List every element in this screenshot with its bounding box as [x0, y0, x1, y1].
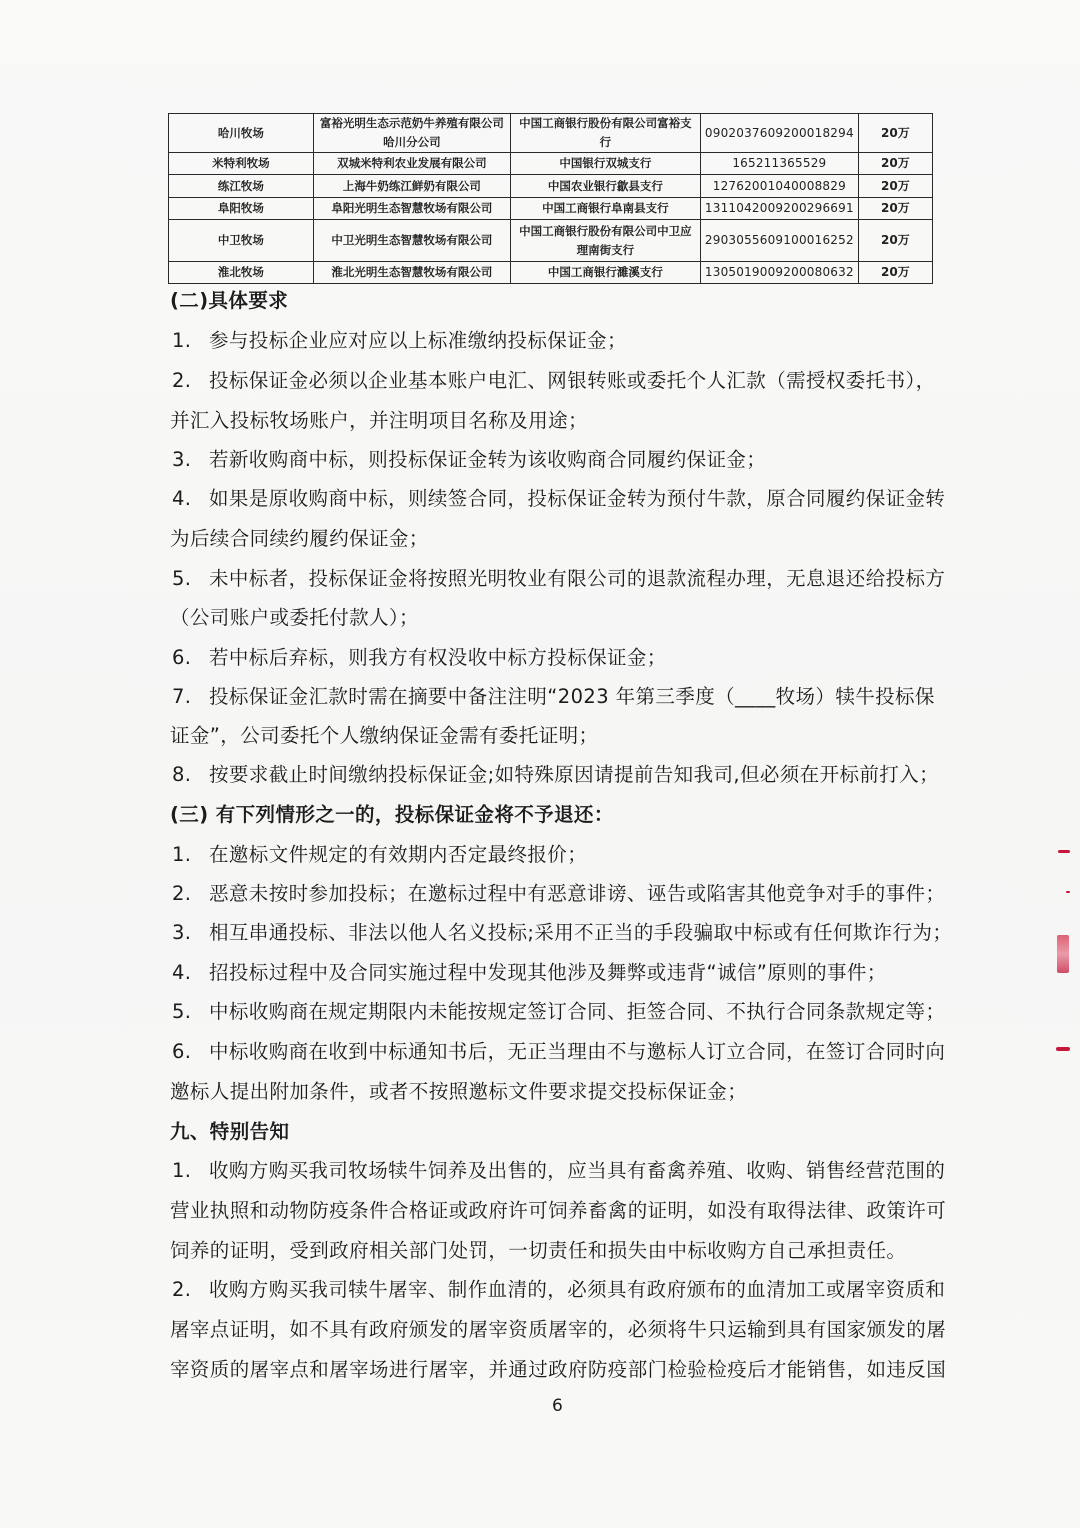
farm-cell: 哈川牧场 — [169, 114, 314, 153]
account-cell: 12762001040008829 — [700, 175, 858, 198]
list-item: 7.投标保证金汇款时需在摘要中备注注明“2023 年第三季度（____牧场）犊牛… — [172, 684, 935, 710]
account-cell: 0902037609200018294 — [700, 114, 858, 153]
bank-cell: 中国工商银行股份有限公司富裕支行 — [510, 114, 700, 153]
bank-cell: 中国农业银行歙县支行 — [510, 175, 700, 198]
list-item-continuation: 邀标人提出附加条件，或者不按照邀标文件要求提交投标保证金； — [170, 1079, 747, 1105]
company-cell: 富裕光明生态示范奶牛养殖有限公司哈川分公司 — [313, 114, 510, 153]
table-row: 哈川牧场 富裕光明生态示范奶牛养殖有限公司哈川分公司 中国工商银行股份有限公司富… — [169, 114, 933, 153]
list-item: 1.收购方购买我司牧场犊牛饲养及出售的，应当具有畜禽养殖、收购、销售经营范围的 — [172, 1158, 945, 1184]
list-item-continuation: 宰资质的屠宰点和屠宰场进行屠宰，并通过政府防疫部门检验检疫后才能销售，如违反国 — [170, 1357, 946, 1383]
list-item: 1.参与投标企业应对应以上标准缴纳投标保证金； — [172, 328, 627, 354]
list-item: 2.收购方购买我司犊牛屠宰、制作血清的，必须具有政府颁布的血清加工或屠宰资质和 — [172, 1277, 945, 1303]
company-cell: 双城米特利农业发展有限公司 — [313, 153, 510, 175]
bank-cell: 中国工商银行股份有限公司中卫应理南街支行 — [510, 220, 700, 262]
deposit-account-table: 哈川牧场 富裕光明生态示范奶牛养殖有限公司哈川分公司 中国工商银行股份有限公司富… — [168, 113, 933, 284]
farm-cell: 练江牧场 — [169, 175, 314, 198]
list-item: 3.若新收购商中标，则投标保证金转为该收购商合同履约保证金； — [172, 447, 766, 473]
seal-mark — [1056, 1047, 1070, 1051]
table-row: 米特利牧场 双城米特利农业发展有限公司 中国银行双城支行 16521136552… — [169, 153, 933, 175]
table-row: 阜阳牧场 阜阳光明生态智慧牧场有限公司 中国工商银行阜南县支行 13110420… — [169, 198, 933, 220]
section-heading: (三) 有下列情形之一的，投标保证金将不予退还： — [170, 802, 614, 828]
list-item-continuation: 饲养的证明，受到政府相关部门处罚，一切责任和损失由中标收购方自己承担责任。 — [170, 1238, 906, 1264]
farm-cell: 中卫牧场 — [169, 220, 314, 262]
amount-cell: 20万 — [858, 114, 932, 153]
section-heading: 九、特别告知 — [170, 1119, 289, 1145]
bank-cell: 中国工商银行濉溪支行 — [510, 262, 700, 284]
bank-cell: 中国工商银行阜南县支行 — [510, 198, 700, 220]
bank-cell: 中国银行双城支行 — [510, 153, 700, 175]
list-item: 2.投标保证金必须以企业基本账户电汇、网银转账或委托个人汇款（需授权委托书）， — [172, 368, 936, 394]
amount-cell: 20万 — [858, 220, 932, 262]
account-cell: 2903055609100016252 — [700, 220, 858, 262]
list-item-continuation: 为后续合同续约履约保证金； — [170, 526, 429, 552]
list-item: 8.按要求截止时间缴纳投标保证金;如特殊原因请提前告知我司,但必须在开标前打入； — [172, 762, 939, 788]
account-cell: 1311042009200296691 — [700, 198, 858, 220]
list-item-continuation: 并汇入投标牧场账户，并注明项目名称及用途； — [170, 408, 588, 434]
table-row: 淮北牧场 淮北光明生态智慧牧场有限公司 中国工商银行濉溪支行 130501900… — [169, 262, 933, 284]
list-item: 5.未中标者，投标保证金将按照光明牧业有限公司的退款流程办理，无息退还给投标方 — [172, 566, 945, 592]
list-item: 1.在邀标文件规定的有效期内否定最终报价； — [172, 842, 587, 868]
amount-cell: 20万 — [858, 262, 932, 284]
table-row: 练江牧场 上海牛奶练江鲜奶有限公司 中国农业银行歙县支行 12762001040… — [169, 175, 933, 198]
list-item-continuation: 营业执照和动物防疫条件合格证或政府许可饲养畜禽的证明，如没有取得法律、政策许可 — [170, 1198, 946, 1224]
account-cell: 165211365529 — [700, 153, 858, 175]
amount-cell: 20万 — [858, 153, 932, 175]
farm-cell: 米特利牧场 — [169, 153, 314, 175]
amount-cell: 20万 — [858, 198, 932, 220]
amount-cell: 20万 — [858, 175, 932, 198]
company-cell: 阜阳光明生态智慧牧场有限公司 — [313, 198, 510, 220]
farm-cell: 淮北牧场 — [169, 262, 314, 284]
table-row: 中卫牧场 中卫光明生态智慧牧场有限公司 中国工商银行股份有限公司中卫应理南街支行… — [169, 220, 933, 262]
page-number: 6 — [552, 1396, 563, 1416]
list-item: 6.若中标后弃标，则我方有权没收中标方投标保证金； — [172, 645, 667, 671]
seal-mark — [1066, 891, 1070, 893]
list-item-continuation: 证金”，公司委托个人缴纳保证金需有委托证明； — [170, 723, 598, 749]
list-item: 2.恶意未按时参加投标；在邀标过程中有恶意诽谤、诬告或陷害其他竞争对手的事件； — [172, 881, 945, 907]
list-item: 4.招投标过程中及合同实施过程中发现其他涉及舞弊或违背“诚信”原则的事件； — [172, 960, 887, 986]
list-item-continuation: （公司账户或委托付款人）； — [170, 605, 419, 631]
farm-cell: 阜阳牧场 — [169, 198, 314, 220]
list-item: 3.相互串通投标、非法以他人名义投标;采用不正当的手段骗取中标或有任何欺诈行为； — [172, 920, 952, 946]
account-cell: 1305019009200080632 — [700, 262, 858, 284]
company-cell: 中卫光明生态智慧牧场有限公司 — [313, 220, 510, 262]
seal-mark — [1057, 935, 1069, 973]
list-item: 6.中标收购商在收到中标通知书后，无正当理由不与邀标人订立合同，在签订合同时向 — [172, 1039, 945, 1065]
list-item: 5.中标收购商在规定期限内未能按规定签订合同、拒签合同、不执行合同条款规定等； — [172, 999, 945, 1025]
section-heading: (二)具体要求 — [170, 288, 288, 314]
company-cell: 淮北光明生态智慧牧场有限公司 — [313, 262, 510, 284]
list-item: 4.如果是原收购商中标，则续签合同，投标保证金转为预付牛款，原合同履约保证金转 — [172, 486, 945, 512]
seal-mark — [1058, 850, 1070, 853]
company-cell: 上海牛奶练江鲜奶有限公司 — [313, 175, 510, 198]
list-item-continuation: 屠宰点证明，如不具有政府颁发的屠宰资质屠宰的，必须将牛只运输到具有国家颁发的屠 — [170, 1317, 946, 1343]
document-page: 哈川牧场 富裕光明生态示范奶牛养殖有限公司哈川分公司 中国工商银行股份有限公司富… — [0, 0, 1080, 1528]
